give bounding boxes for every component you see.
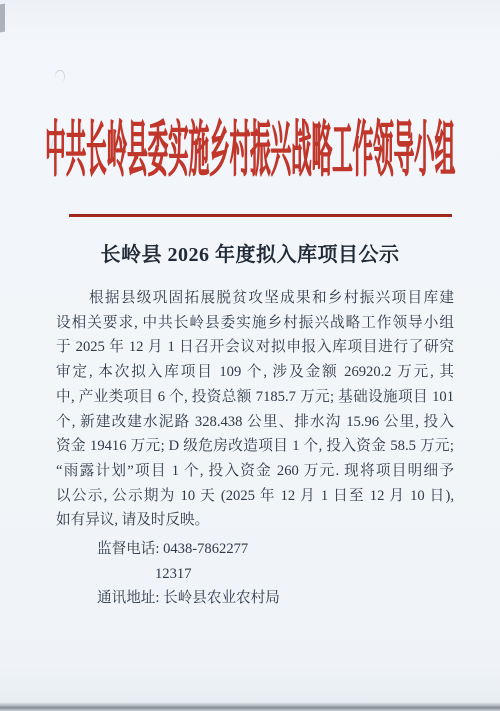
pencil-mark-icon xyxy=(54,69,67,83)
body-line-7: 资金 19416 万元; D 级危房改造项目 1 个, 投入资金 58.5 万元… xyxy=(56,434,454,459)
body-line-2: 设相关要求, 中共长岭县委实施乡村振兴战略工作领导小组 xyxy=(56,311,454,336)
body-line-10: 如有异议, 请及时反映。 xyxy=(56,508,454,533)
notice-title: 长岭县 2026 年度拟入库项目公示 xyxy=(0,238,500,267)
scan-edge-artifact xyxy=(0,4,5,33)
letterhead-org-title: 中共长岭县委实施乡村振兴战略工作领导小组 xyxy=(0,123,500,183)
body-line-8: “雨露计划”项目 1 个, 投入资金 260 万元. 现将项目明细予 xyxy=(56,459,454,484)
letterhead-divider-rule xyxy=(69,214,452,217)
scanned-notice-page: 中共长岭县委实施乡村振兴战略工作领导小组 长岭县 2026 年度拟入库项目公示 … xyxy=(0,0,500,711)
scan-bottom-edge xyxy=(0,702,500,711)
contact-phone-line: 监督电话: 0438-7862277 xyxy=(56,537,454,562)
body-line-3: 于 2025 年 12 月 1 日召开会议对拟申报入库项目进行了研究 xyxy=(56,335,454,360)
contact-address-line: 通讯地址: 长岭县农业农村局 xyxy=(56,586,454,611)
body-line-4: 审定, 本次拟入库项目 109 个, 涉及金额 26920.2 万元, 其 xyxy=(56,360,454,385)
body-line-5: 中, 产业类项目 6 个, 投资总额 7185.7 万元; 基础设施项目 101 xyxy=(56,385,454,410)
notice-body: 根据县级巩固拓展脱贫攻坚成果和乡村振兴项目库建 设相关要求, 中共长岭县委实施乡… xyxy=(56,286,454,611)
body-line-1: 根据县级巩固拓展脱贫攻坚成果和乡村振兴项目库建 xyxy=(56,286,454,311)
body-line-9: 以公示, 公示期为 10 天 (2025 年 12 月 1 日至 12 月 10… xyxy=(56,484,454,509)
contact-hotline-line: 12317 xyxy=(56,562,454,587)
body-line-6: 个, 新建改建水泥路 328.438 公里、排水沟 15.96 公里, 投入 xyxy=(56,410,454,435)
